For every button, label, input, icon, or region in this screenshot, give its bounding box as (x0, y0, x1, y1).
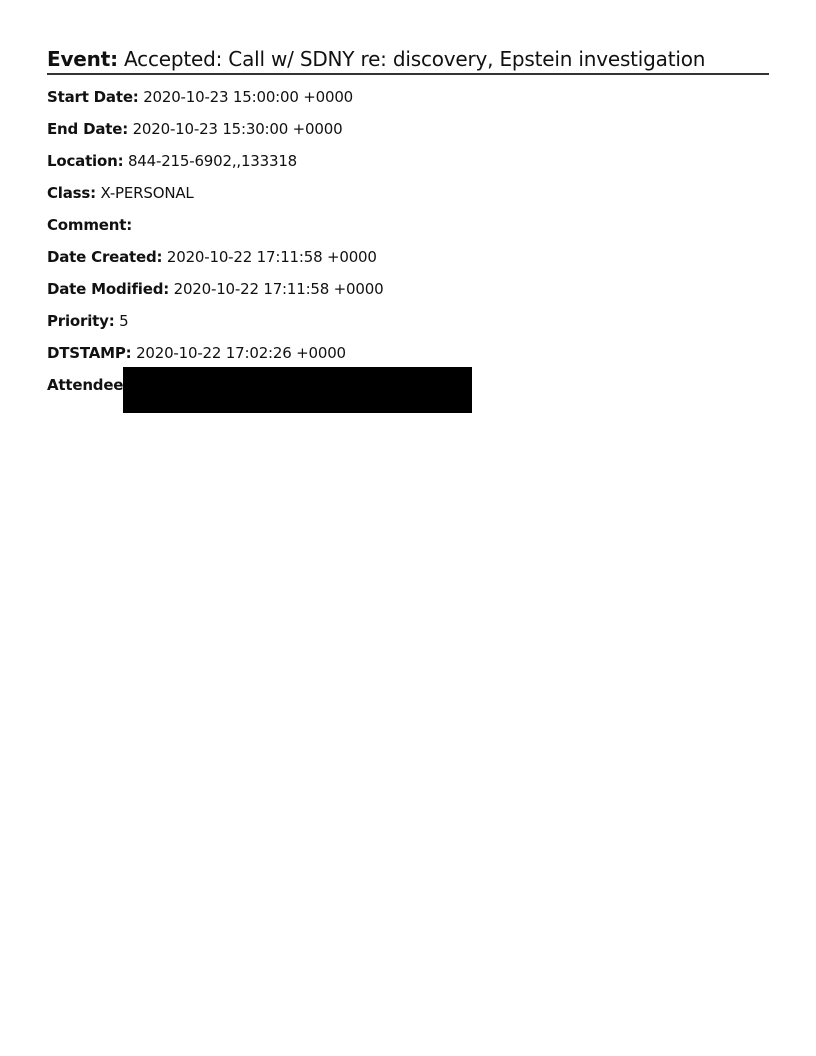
field-label: End Date: (47, 120, 128, 138)
field-label: Date Created: (47, 248, 162, 266)
event-title: Event: Accepted: Call w/ SDNY re: discov… (47, 46, 769, 72)
field-end-date: End Date: 2020-10-23 15:30:00 +0000 (47, 119, 342, 139)
event-value: Accepted: Call w/ SDNY re: discovery, Ep… (124, 47, 705, 71)
field-value: 2020-10-23 15:00:00 +0000 (143, 88, 353, 106)
field-value: 2020-10-23 15:30:00 +0000 (133, 120, 343, 138)
field-value: 2020-10-22 17:02:26 +0000 (136, 344, 346, 362)
event-label: Event: (47, 47, 118, 71)
field-label: Comment: (47, 216, 132, 234)
field-start-date: Start Date: 2020-10-23 15:00:00 +0000 (47, 87, 353, 107)
event-title-block: Event: Accepted: Call w/ SDNY re: discov… (47, 46, 769, 75)
field-value: 2020-10-22 17:11:58 +0000 (167, 248, 377, 266)
field-label: Start Date: (47, 88, 139, 106)
field-value: 2020-10-22 17:11:58 +0000 (174, 280, 384, 298)
field-label: Date Modified: (47, 280, 169, 298)
field-value: 844-215-6902,,133318 (128, 152, 297, 170)
field-label: Class: (47, 184, 96, 202)
field-label: Attendee: (47, 376, 129, 394)
field-class: Class: X-PERSONAL (47, 183, 194, 203)
field-label: Location: (47, 152, 123, 170)
field-label: DTSTAMP: (47, 344, 131, 362)
field-attendee: Attendee: (47, 375, 129, 395)
field-value: 5 (119, 312, 128, 330)
field-dtstamp: DTSTAMP: 2020-10-22 17:02:26 +0000 (47, 343, 346, 363)
field-date-modified: Date Modified: 2020-10-22 17:11:58 +0000 (47, 279, 383, 299)
field-location: Location: 844-215-6902,,133318 (47, 151, 297, 171)
field-value: X-PERSONAL (101, 184, 194, 202)
redaction-box (123, 367, 472, 413)
field-date-created: Date Created: 2020-10-22 17:11:58 +0000 (47, 247, 377, 267)
field-comment: Comment: (47, 215, 132, 235)
field-label: Priority: (47, 312, 115, 330)
field-priority: Priority: 5 (47, 311, 128, 331)
